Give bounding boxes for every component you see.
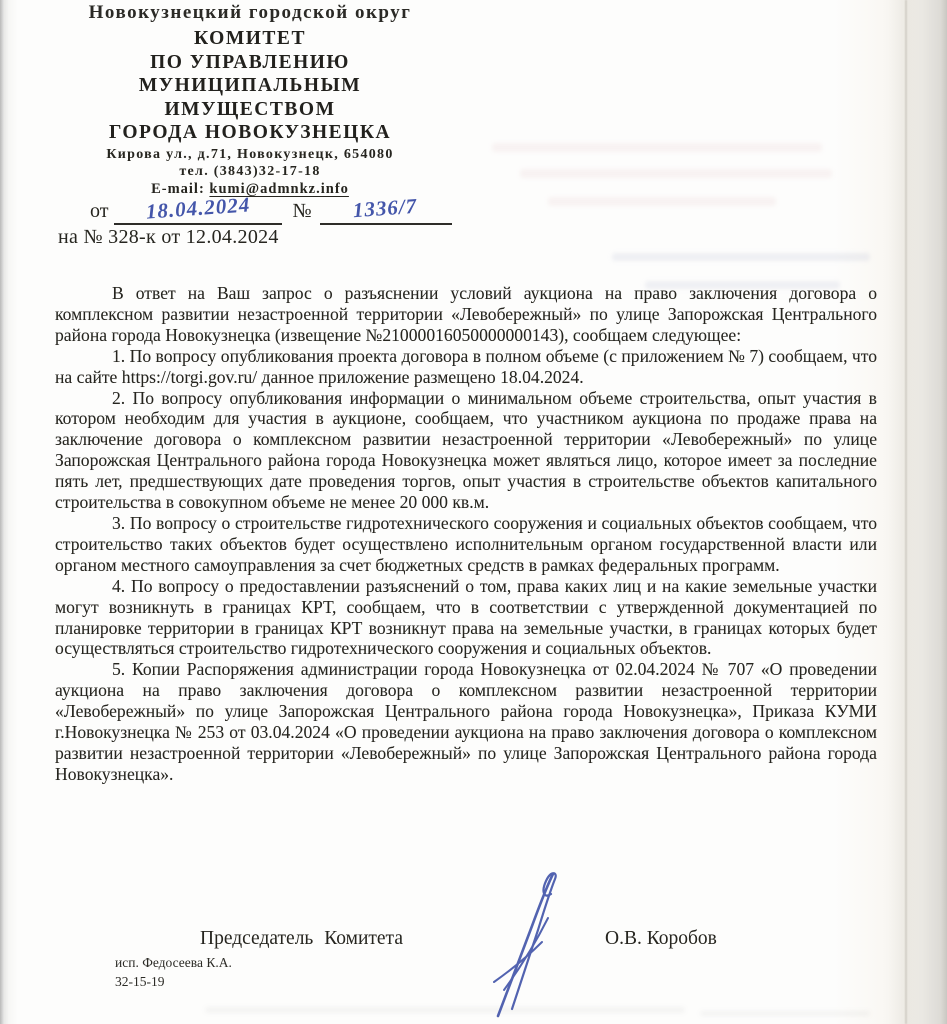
body-paragraph-5: 5. Копии Распоряжения администрации горо… [55,659,877,784]
email-label: E-mail: [151,181,205,197]
outgoing-date-number-row: от18.04.2024№1336/7 [90,198,452,225]
letterhead-phone: тел. (3843)32-17-18 [52,164,448,180]
org-name-line: ГОРОДА НОВОКУЗНЕЦКА [52,121,448,145]
letterhead-region-line: Новокузнецкий городской округ [52,2,448,24]
number-sign: № [292,200,311,222]
letterhead-address: Кирова ул., д.71, Новокузнецк, 654080 [52,147,448,163]
handwritten-date: 18.04.2024 [145,192,251,224]
body-paragraph-2: 2. По вопросу опубликования информации о… [55,388,877,513]
body-paragraph-4: 4. По вопросу о предоставлении разъяснен… [55,576,877,660]
outgoing-date-label: от [90,200,108,222]
executor-name: исп. Федосеева К.А. [115,953,232,972]
scanned-letter-page: Новокузнецкий городской округ КОМИТЕТ ПО… [0,0,947,1024]
bleed-through-artifact [520,169,832,178]
letterhead-org-name: КОМИТЕТ ПО УПРАВЛЕНИЮ МУНИЦИПАЛЬНЫМ ИМУЩ… [52,27,448,145]
outgoing-date-blank: 18.04.2024 [114,198,282,225]
body-paragraph-3: 3. По вопросу о строительстве гидротехни… [55,513,877,576]
body-paragraph-1: 1. По вопросу опубликования проекта дого… [55,346,877,388]
bleed-through-artifact [492,143,822,152]
scan-streak [700,1011,870,1016]
outgoing-number-blank: 1336/7 [320,198,452,225]
executor-footer: исп. Федосеева К.А. 32-15-19 [115,953,232,991]
signer-name: О.В. Коробов [605,928,717,950]
org-name-line: МУНИЦИПАЛЬНЫМ [52,74,448,98]
signer-position-title: Председатель Комитета [200,928,403,950]
handwritten-signature [468,868,586,1018]
page-fold-line [905,0,907,1024]
letter-body: В ответ на Ваш запрос о разъяснении усло… [55,283,877,785]
body-paragraph-intro: В ответ на Ваш запрос о разъяснении усло… [55,283,877,346]
executor-phone: 32-15-19 [115,972,232,991]
scan-streak [205,1007,685,1013]
in-reply-reference-line: на № 328-к от 12.04.2024 [58,226,279,249]
org-name-line: ИМУЩЕСТВОМ [52,98,448,122]
handwritten-number: 1336/7 [352,194,418,223]
org-name-line: КОМИТЕТ [52,27,448,51]
bleed-through-artifact [548,197,776,206]
letterhead: Новокузнецкий городской округ КОМИТЕТ ПО… [52,2,448,198]
bleed-through-artifact [612,253,870,261]
org-name-line: ПО УПРАВЛЕНИЮ [52,51,448,75]
